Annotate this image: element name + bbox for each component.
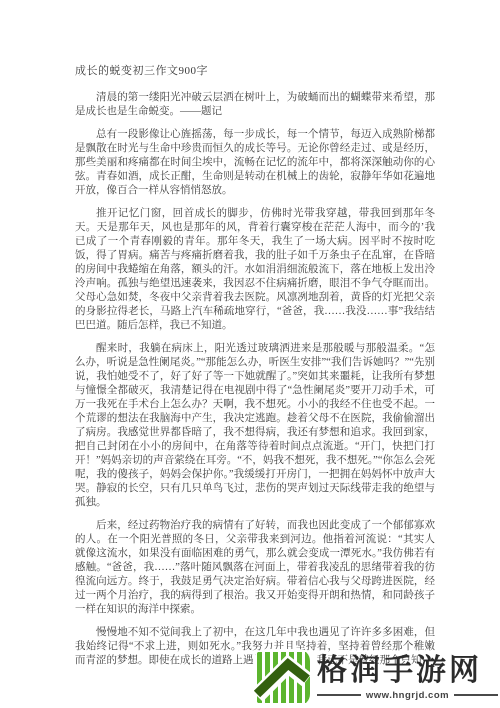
- right-rule-divider: [454, 694, 498, 696]
- site-brand-block: 格润手游网 www.hngrjd.com: [317, 655, 498, 701]
- essay-paragraph: 醒来时，我躺在病床上，阳光透过玻璃洒进来是那般暖与那般温柔。“怎么办，听说是急性…: [75, 342, 435, 510]
- site-name: 格润手游网: [317, 655, 498, 687]
- site-url-row: www.hngrjd.com: [317, 690, 498, 701]
- essay-paragraph: 推开记忆门窗，回首成长的脚步，仿佛时光带我穿越，带我回到那年冬天。天是那年天，风…: [75, 207, 435, 333]
- site-url: www.hngrjd.com: [366, 690, 449, 701]
- essay-paragraph: 清晨的第一缕阳光冲破云层洒在树叶上，为破蛹而出的蝴蝶带来希望，那是成长也是生命蜕…: [75, 91, 435, 119]
- essay-paragraph: 后来，经过药物治疗我的病情有了好转，而我也因此变成了一个郁郁寡欢的人。在一个阳光…: [75, 519, 435, 617]
- essay-body: 清晨的第一缕阳光冲破云层洒在树叶上，为破蛹而出的蝴蝶带来希望，那是成长也是生命蜕…: [75, 91, 435, 668]
- left-rule-divider: [317, 694, 361, 696]
- site-watermark: 格润手游网 www.hngrjd.com: [254, 649, 498, 706]
- site-logo-icon: [254, 649, 310, 706]
- essay-paragraph: 总有一段影像让心旌摇荡，每一步成长，每一个情节，每迈入成熟阶梯都是飘散在时光与生…: [75, 128, 435, 198]
- document-page: 成长的蜕变初三作文900字 清晨的第一缕阳光冲破云层洒在树叶上，为破蛹而出的蝴蝶…: [75, 62, 435, 677]
- essay-title: 成长的蜕变初三作文900字: [75, 62, 435, 78]
